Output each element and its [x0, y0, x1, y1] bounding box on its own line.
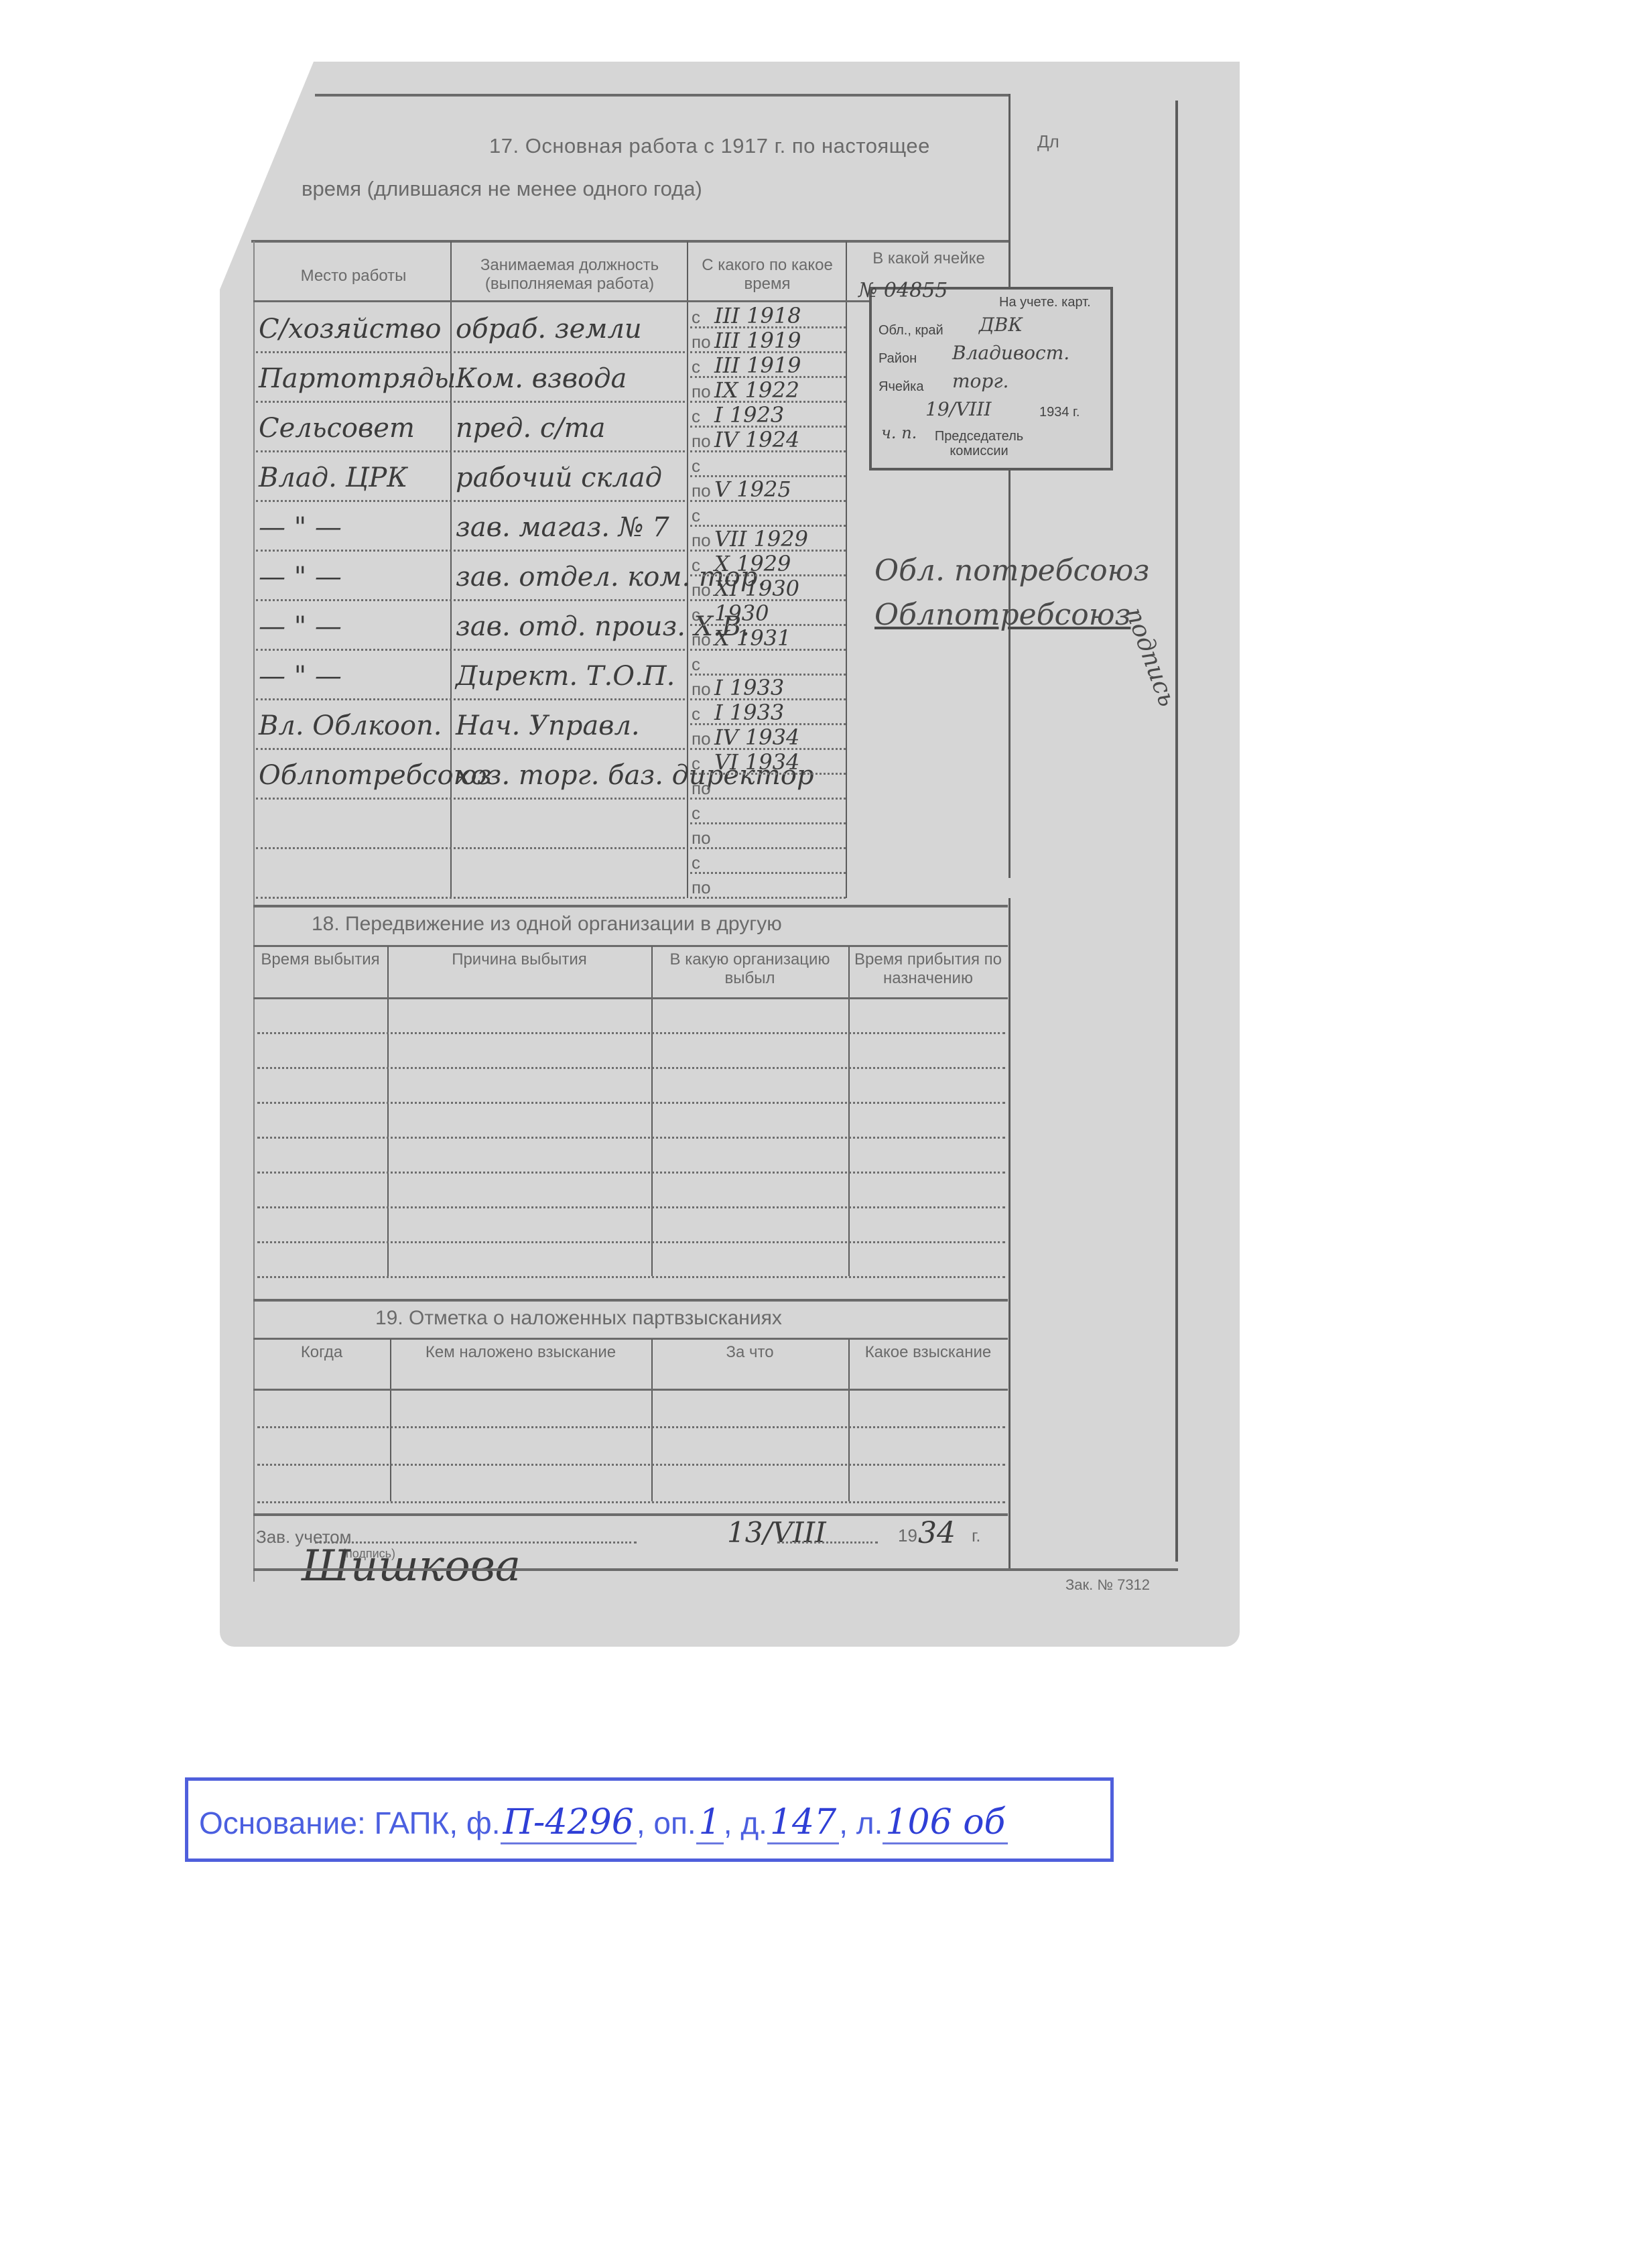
date-prefix: с [692, 357, 714, 377]
registrar-signature: Шишкова [302, 1541, 521, 1591]
row-line [256, 748, 685, 750]
row-place: Вл. Облкооп. [259, 710, 442, 741]
archive-reference-stamp: Основание: ГАПК, ф.П-4296, оп.1, д.147, … [185, 1777, 1114, 1862]
date-prefix: по [692, 431, 714, 452]
row-date-to: поI 1933 [692, 675, 844, 700]
col-line [846, 241, 847, 898]
row-line [257, 1032, 1005, 1034]
row-line [257, 1501, 1005, 1503]
date-prefix: с [692, 654, 714, 675]
date-prefix: с [692, 753, 714, 774]
date-prefix: по [692, 332, 714, 353]
col-header-place: Место работы [258, 267, 449, 286]
row-position: обраб. земли [456, 314, 642, 344]
row-date-from: сIII 1918 [692, 303, 844, 328]
date-prefix: с [692, 505, 714, 526]
section19-header-line [253, 1338, 1008, 1340]
footer-top-line [253, 1513, 1008, 1516]
date-prefix: с [692, 605, 714, 625]
row-line [256, 649, 685, 651]
date-prefix: с [692, 853, 714, 873]
archive-prefix: Основание: ГАПК, ф. [199, 1806, 501, 1840]
stamp-number: № 04855 [858, 279, 948, 302]
col-line [651, 946, 653, 1276]
row-position: зав. магаз. № 7 [456, 512, 669, 543]
col-line [848, 1339, 850, 1501]
col-header: Кем наложено взыскание [393, 1343, 649, 1362]
date-prefix: с [692, 704, 714, 724]
footer-year-value: 34 [918, 1516, 956, 1550]
archive-fond: П-4296 [501, 1802, 637, 1844]
date-prefix: с [692, 555, 714, 576]
row-date-to: по [692, 873, 844, 899]
footer-year-suffix: г. [972, 1525, 981, 1546]
date-value: I 1933 [714, 700, 784, 725]
date-prefix: по [692, 629, 714, 650]
row-date-from: с [692, 501, 844, 527]
row-position: Нач. Управл. [456, 710, 640, 741]
header-line [253, 997, 1008, 999]
section18-top-line [253, 905, 1008, 907]
stamp-chair-prefix: ч. п. [881, 424, 917, 442]
frame-right-line [1175, 101, 1178, 1562]
cell-note-line2: Облпотребсоюз [874, 598, 1130, 632]
cell-note-line1: Обл. потребсоюз [874, 554, 1149, 588]
stamp-region-value: ДВК [979, 314, 1023, 336]
section19-top-line [253, 1299, 1008, 1302]
row-line [257, 1276, 1005, 1278]
date-prefix: с [692, 406, 714, 427]
col-header: Какое взыскание [851, 1343, 1005, 1362]
archive-delo-label: , д. [724, 1806, 767, 1840]
stamp-header-label: На учете. карт. [999, 295, 1091, 310]
archive-op-label: , оп. [637, 1806, 696, 1840]
row-line [256, 897, 685, 899]
frame-left-line [253, 241, 255, 1582]
row-date-from: сI 1933 [692, 700, 844, 725]
stamp-region-label: Обл., край [878, 323, 943, 338]
stamp-chair-label: Председатель комиссии [932, 429, 1026, 458]
section19-title: 19. Отметка о наложенных партвзысканиях [375, 1307, 782, 1330]
footer-year-prefix: 19 [898, 1525, 917, 1546]
col-line [390, 1339, 391, 1501]
row-date-from: сI 1923 [692, 402, 844, 428]
date-prefix: по [692, 481, 714, 501]
row-date-from: с1930 [692, 601, 844, 626]
frame-divider-line [1008, 94, 1011, 878]
col-header-position: Занимаемая должность (выполняемая работа… [453, 256, 686, 294]
date-prefix: по [692, 828, 714, 848]
col-line [387, 946, 389, 1276]
col-header-cell: В какой ячейке [848, 249, 1009, 268]
row-place: С/хозяйство [259, 314, 441, 344]
registration-stamp: № 04855 На учете. карт. Обл., край ДВК Р… [869, 287, 1113, 470]
footer-bottom-line [253, 1568, 1178, 1571]
date-value: I 1933 [714, 675, 784, 700]
header-top-line [251, 240, 1008, 243]
row-line [257, 1206, 1005, 1208]
row-position: рабочий склад [456, 462, 662, 493]
col-header: Когда [256, 1343, 387, 1362]
row-date-to: поIV 1934 [692, 724, 844, 750]
date-value: 1930 [714, 601, 769, 626]
col-line [450, 241, 452, 898]
archive-op: 1 [696, 1802, 724, 1844]
row-date-to: поX 1931 [692, 625, 844, 651]
date-value: III 1919 [714, 328, 801, 353]
stamp-date-value: 19/VIII [925, 398, 991, 420]
date-value: X 1931 [714, 625, 791, 651]
col-header: Время выбытия [256, 950, 385, 969]
stamp-cell-label: Ячейка [878, 379, 923, 395]
row-position: пред. с/та [456, 413, 605, 444]
side-column-label: Дл [1037, 131, 1059, 152]
stamp-district-label: Район [878, 351, 917, 367]
date-value: XI 1930 [714, 576, 799, 601]
date-prefix: по [692, 580, 714, 601]
row-place: — " — [259, 512, 342, 543]
order-number: Зак. № 7312 [1065, 1576, 1150, 1594]
date-value: V 1925 [714, 477, 791, 502]
section17-title: 17. Основная работа с 1917 г. по настоящ… [489, 134, 930, 158]
row-line [257, 1172, 1005, 1174]
col-line [848, 946, 850, 1276]
row-line [257, 1426, 1005, 1428]
row-line [256, 500, 685, 502]
date-line [777, 1541, 878, 1543]
col-header: Причина выбытия [390, 950, 649, 969]
date-value: III 1919 [714, 353, 801, 378]
row-date-from: с [692, 650, 844, 676]
row-line [256, 698, 685, 700]
col-line [651, 1339, 653, 1501]
row-line [257, 1102, 1005, 1104]
col-header-period: С какого по какое время [690, 256, 844, 294]
date-value: III 1918 [714, 303, 801, 328]
row-date-to: по [692, 774, 844, 800]
row-line [257, 1241, 1005, 1243]
row-line [256, 798, 685, 800]
row-date-from: с [692, 799, 844, 824]
row-date-to: поIX 1922 [692, 377, 844, 403]
row-date-from: с [692, 848, 844, 874]
row-date-to: поIII 1919 [692, 328, 844, 353]
date-prefix: по [692, 877, 714, 898]
date-prefix: по [692, 530, 714, 551]
date-value: VII 1929 [714, 526, 808, 552]
date-line [690, 897, 846, 899]
row-date-from: сX 1929 [692, 551, 844, 576]
archive-list: 106 об [883, 1802, 1008, 1844]
date-prefix: с [692, 803, 714, 824]
row-place: Сельсовет [259, 413, 415, 444]
row-line [256, 401, 685, 403]
row-place: — " — [259, 562, 342, 592]
date-value: X 1929 [714, 551, 791, 576]
row-date-to: поVII 1929 [692, 526, 844, 552]
row-line [257, 1067, 1005, 1069]
section18-header-line [253, 945, 1008, 947]
col-header: За что [654, 1343, 846, 1362]
stamp-year: 1934 г. [1039, 405, 1080, 420]
row-date-from: с [692, 452, 844, 477]
frame-divider-line-lower [1008, 898, 1011, 1568]
row-position: Ком. взвода [456, 363, 627, 394]
row-place: Влад. ЦРК [259, 462, 407, 493]
stamp-cell-value: торг. [952, 370, 1008, 392]
row-date-from: сIII 1919 [692, 353, 844, 378]
frame-top-line [315, 94, 1008, 97]
date-prefix: с [692, 456, 714, 477]
row-place: — " — [259, 661, 342, 692]
row-line [256, 599, 685, 601]
footer-date: 13/VIII [727, 1516, 826, 1549]
date-value: IV 1924 [714, 427, 799, 452]
date-value: IV 1934 [714, 724, 799, 750]
row-place: Партотряды [259, 363, 456, 394]
row-line [256, 351, 685, 353]
row-position: Директ. Т.О.П. [456, 661, 675, 692]
col-header: В какую организацию выбыл [654, 950, 846, 988]
col-header: Время прибытия по назначению [851, 950, 1005, 988]
date-value: IX 1922 [714, 377, 799, 403]
archive-list-label: , л. [839, 1806, 883, 1840]
archive-delo: 147 [767, 1802, 839, 1844]
date-prefix: по [692, 381, 714, 402]
date-prefix: по [692, 778, 714, 799]
section18-title: 18. Передвижение из одной организации в … [312, 913, 782, 936]
stamp-district-value: Владивост. [952, 342, 1069, 364]
date-prefix: по [692, 679, 714, 700]
section17-subtitle: время (длившаяся не менее одного года) [302, 177, 702, 201]
row-date-to: поIV 1924 [692, 427, 844, 452]
row-line [256, 450, 685, 452]
row-date-to: по [692, 824, 844, 849]
header-line [253, 1389, 1008, 1391]
row-line [257, 1464, 1005, 1466]
row-line [257, 1137, 1005, 1139]
row-line [256, 847, 685, 849]
date-prefix: с [692, 307, 714, 328]
row-place: — " — [259, 611, 342, 642]
date-value: VI 1934 [714, 749, 799, 775]
row-date-to: поXI 1930 [692, 576, 844, 601]
date-prefix: по [692, 729, 714, 749]
row-date-to: поV 1925 [692, 477, 844, 502]
row-line [256, 550, 685, 552]
date-value: I 1923 [714, 402, 784, 428]
row-date-from: сVI 1934 [692, 749, 844, 775]
